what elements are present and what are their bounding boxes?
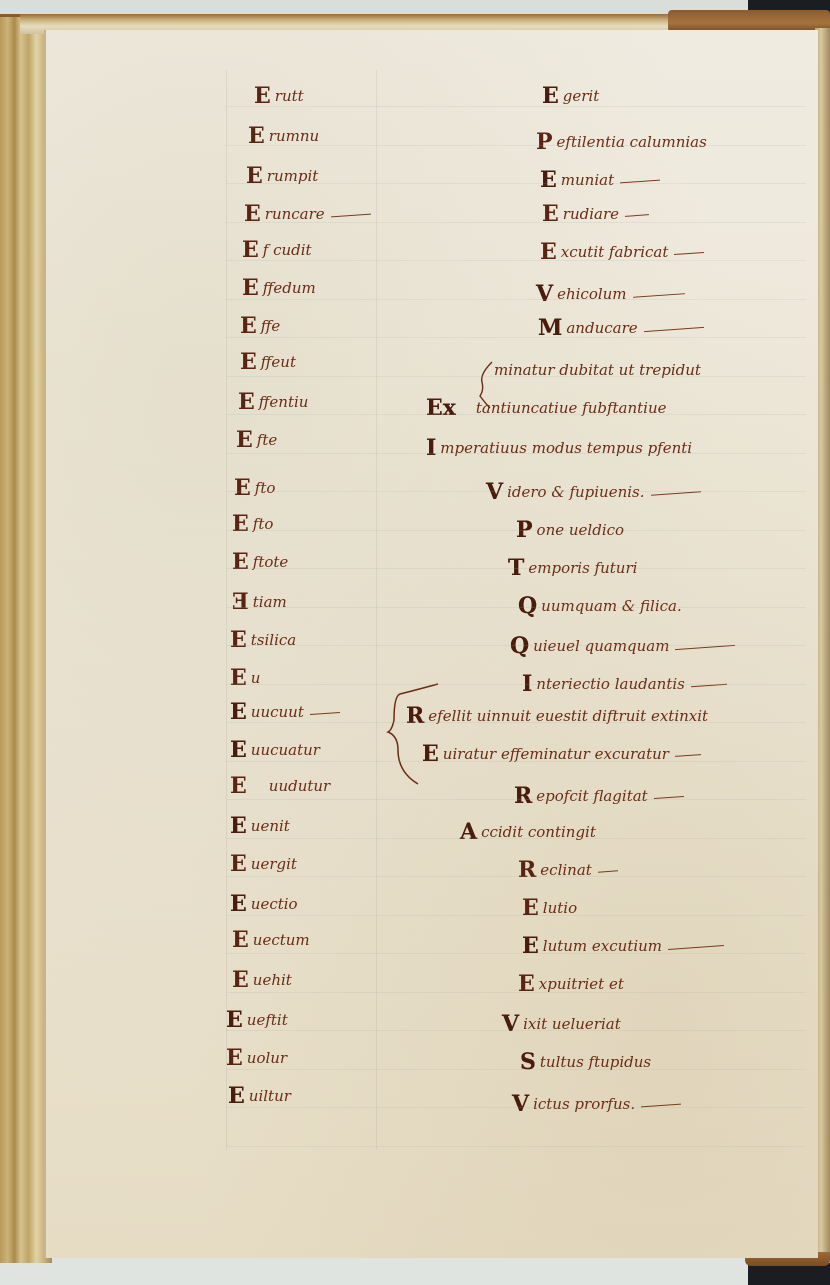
initial-letter: E — [230, 894, 247, 914]
lemma-entry: Effe — [240, 316, 280, 336]
lemma-entry: Euudutur — [230, 776, 330, 796]
initial-letter: E — [230, 776, 247, 796]
initial-letter: V — [502, 1014, 519, 1034]
gloss-text: ehicolum — [557, 285, 626, 303]
lemma-entry: Effedum — [242, 278, 316, 298]
flourish-line — [668, 945, 724, 950]
background-strip-bottom — [0, 1257, 830, 1285]
lemma-text: rumnu — [269, 127, 319, 145]
gloss-entry: Manducare — [538, 318, 704, 338]
gloss-text: uieuel quamquam — [533, 637, 669, 655]
gloss-entry: Emuniat — [540, 170, 660, 190]
gloss-text: epofcit flagitat — [536, 787, 647, 805]
lemma-text: ffe — [261, 317, 281, 335]
lemma-entry: Eu — [230, 668, 260, 688]
gloss-entry: Extantiuncatiue fubftantiue — [426, 398, 667, 418]
bracket-mark-lower — [386, 680, 446, 790]
ruling-line — [226, 337, 806, 338]
initial-letter: V — [486, 482, 503, 502]
gloss-entry: Victus prorfus. — [512, 1094, 681, 1114]
lemma-entry: Euenit — [230, 816, 290, 836]
initial-letter: E — [230, 854, 247, 874]
initial-letter: E — [254, 86, 271, 106]
gloss-text: eftilentia calumnias — [557, 133, 707, 151]
lemma-entry: Ef cudit — [242, 240, 312, 260]
lemma-text: tsilica — [251, 631, 296, 649]
initial-letter: E — [236, 430, 253, 450]
initial-letter: E — [540, 242, 557, 262]
lemma-entry: Etsilica — [230, 630, 296, 650]
margin-rule-middle — [376, 70, 377, 1150]
gloss-entry: Egerit — [542, 86, 599, 106]
gloss-text: ictus prorfus. — [533, 1095, 635, 1113]
lemma-entry: Erumnu — [248, 126, 319, 146]
ruling-line — [226, 530, 806, 531]
initial-letter: E — [242, 278, 259, 298]
ruling-line — [226, 1146, 806, 1147]
lemma-entry: Eueftit — [226, 1010, 288, 1030]
lemma-text: uucuatur — [251, 741, 320, 759]
manuscript-page: Erutt Erumnu Erumpit Eruncare Ef cudit E… — [44, 30, 818, 1258]
lemma-text: ffedum — [263, 279, 316, 297]
ruling-line — [226, 222, 806, 223]
lemma-text: uenit — [251, 817, 290, 835]
initial-letter: R — [514, 786, 532, 806]
initial-letter: I — [426, 438, 436, 458]
ruling-line — [226, 799, 806, 800]
gloss-entry: Refellit uinnuit euestit diftruit extinx… — [406, 706, 708, 726]
lemma-entry: Effentiu — [238, 392, 308, 412]
ruling-line — [226, 1107, 806, 1108]
initial-letter: P — [536, 132, 553, 152]
lemma-text: tiam — [253, 593, 287, 611]
initial-letter: E — [230, 740, 247, 760]
gloss-text: xpuitriet et — [539, 975, 624, 993]
flourish-line — [675, 754, 701, 757]
lemma-entry: Effeut — [240, 352, 296, 372]
lemma-entry: Euucuut — [230, 702, 340, 722]
initial-letter: E — [230, 816, 247, 836]
ruling-line — [226, 684, 806, 685]
initial-letter: E — [230, 702, 247, 722]
ruling-line — [226, 645, 806, 646]
lemma-entry: Euucuatur — [230, 740, 320, 760]
ruling-line — [226, 106, 806, 107]
ruling-line — [226, 876, 806, 877]
lemma-entry: Ǝtiam — [232, 592, 287, 612]
initial-letter: E — [232, 930, 249, 950]
initial-letter: A — [460, 822, 477, 842]
initial-letter: V — [536, 284, 553, 304]
flourish-line — [644, 326, 704, 331]
lemma-entry: Efto — [234, 478, 275, 498]
lemma-entry: Erutt — [254, 86, 304, 106]
gloss-entry: Reclinat — [518, 860, 618, 880]
ruling-line — [226, 414, 806, 415]
gloss-entry: Imperatiuus modus tempus pfenti — [426, 438, 692, 458]
gloss-text: muniat — [561, 171, 614, 189]
lemma-entry: Euehit — [232, 970, 292, 990]
gloss-text: idero & fupiuenis. — [507, 483, 644, 501]
ruling-line — [226, 376, 806, 377]
lemma-entry: Euectio — [230, 894, 298, 914]
gloss-entry: Quieuel quamquam — [510, 636, 735, 656]
initial-letter: E — [540, 170, 557, 190]
initial-letter: E — [226, 1048, 243, 1068]
gloss-entry: minatur dubitat ut trepidut — [494, 360, 701, 380]
lemma-text: uergit — [251, 855, 297, 873]
gloss-entry: Accidit contingit — [460, 822, 596, 842]
gloss-entry: Vehicolum — [536, 284, 685, 304]
lemma-entry: Eftote — [232, 552, 288, 572]
flourish-line — [625, 214, 649, 217]
lemma-entry: Efto — [232, 514, 273, 534]
initial-letter: R — [406, 706, 424, 726]
initial-letter: Ex — [426, 398, 456, 418]
lemma-text: uiltur — [249, 1087, 291, 1105]
ruling-line — [226, 260, 806, 261]
lemma-text: fto — [255, 479, 276, 497]
ruling-line — [226, 491, 806, 492]
gloss-entry: Repofcit flagitat — [514, 786, 684, 806]
lemma-text: uolur — [247, 1049, 287, 1067]
flourish-line — [674, 251, 704, 254]
ruling-line — [226, 568, 806, 569]
lemma-text: f cudit — [263, 241, 312, 259]
lemma-entry: Euolur — [226, 1048, 287, 1068]
gloss-entry: Vixit uelueriat — [502, 1014, 621, 1034]
initial-letter: E — [230, 630, 247, 650]
initial-letter: E — [234, 478, 251, 498]
flourish-line — [633, 293, 685, 298]
initial-letter: V — [512, 1094, 529, 1114]
lemma-text: ueftit — [247, 1011, 288, 1029]
initial-letter: E — [232, 970, 249, 990]
initial-letter: E — [230, 668, 247, 688]
lemma-text: fte — [257, 431, 277, 449]
ruling-line — [226, 183, 806, 184]
lemma-text: rutt — [275, 87, 304, 105]
flourish-line — [310, 711, 340, 714]
lemma-entry: Euectum — [232, 930, 310, 950]
ruling-line — [226, 953, 806, 954]
gloss-entry: Videro & fupiuenis. — [486, 482, 701, 502]
lemma-text: ffentiu — [259, 393, 309, 411]
initial-letter: R — [518, 860, 536, 880]
initial-letter: Ǝ — [232, 592, 249, 612]
initial-letter: M — [538, 318, 562, 338]
initial-letter: Q — [510, 636, 529, 656]
initial-letter: E — [226, 1010, 243, 1030]
lemma-entry: Euiltur — [228, 1086, 291, 1106]
flourish-line — [331, 213, 371, 217]
ruling-line — [226, 453, 806, 454]
ruling-line — [226, 1069, 806, 1070]
lemma-entry: Efte — [236, 430, 277, 450]
initial-letter: E — [238, 392, 255, 412]
initial-letter: E — [248, 126, 265, 146]
ruling-line — [226, 915, 806, 916]
ruling-line — [226, 761, 806, 762]
initial-letter: E — [240, 352, 257, 372]
initial-letter: E — [240, 316, 257, 336]
lemma-text: uectum — [253, 931, 310, 949]
gloss-entry: Excutit fabricat — [540, 242, 704, 262]
gloss-text: mperatiuus modus tempus pfenti — [440, 439, 692, 457]
lemma-text: ffeut — [261, 353, 296, 371]
ruling-line — [226, 607, 806, 608]
gloss-text: gerit — [563, 87, 599, 105]
initial-letter: E — [242, 240, 259, 260]
gloss-entry: Peftilentia calumnias — [536, 132, 707, 152]
ruling-line — [226, 838, 806, 839]
background-dark-corner-bottom — [748, 1263, 830, 1285]
ruling-line — [226, 299, 806, 300]
lemma-entry: Euergit — [230, 854, 297, 874]
lemma-text: uectio — [251, 895, 298, 913]
lemma-text: uucuut — [251, 703, 304, 721]
ruling-line — [226, 1030, 806, 1031]
initial-letter: E — [228, 1086, 245, 1106]
initial-letter: E — [542, 86, 559, 106]
ruling-line — [226, 992, 806, 993]
leather-cover-edge — [668, 10, 830, 32]
initial-letter: E — [232, 552, 249, 572]
gloss-text: rudiare — [563, 205, 619, 223]
initial-letter: E — [232, 514, 249, 534]
gloss-text: anducare — [566, 319, 637, 337]
flourish-line — [598, 870, 618, 872]
lemma-text: runcare — [265, 205, 325, 223]
lemma-text: uudutur — [269, 777, 330, 795]
gloss-text: xcutit fabricat — [561, 243, 669, 261]
ruling-line — [226, 722, 806, 723]
margin-rule-left — [226, 70, 227, 1150]
lemma-text: uehit — [253, 971, 292, 989]
ruling-line — [226, 145, 806, 146]
